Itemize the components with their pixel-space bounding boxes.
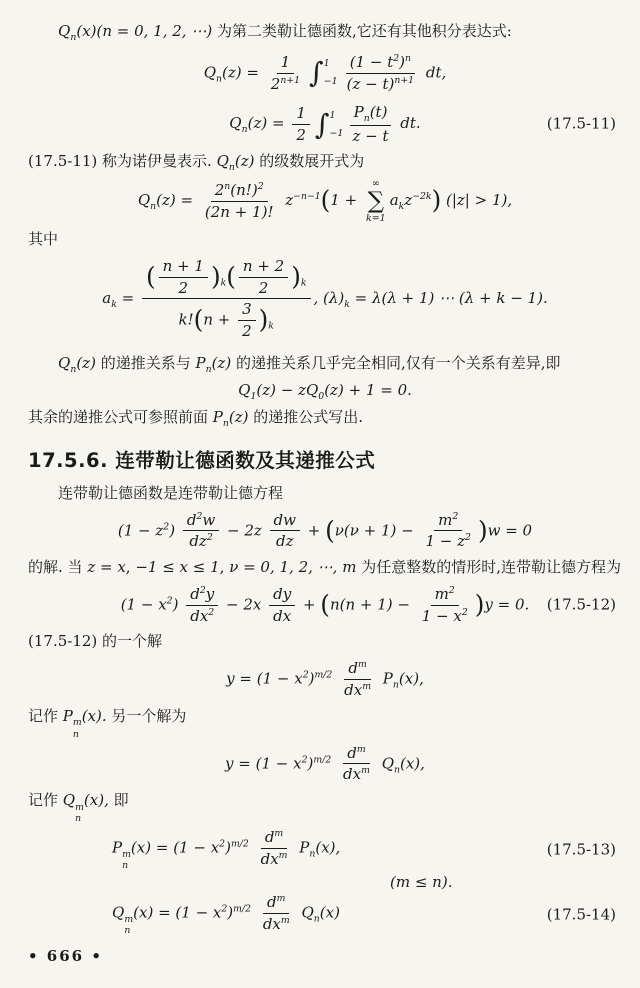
equation-number-17-5-12: (17.5-12) <box>547 595 616 615</box>
paragraph-denoted-pnm: 记作 Pmn(x). 另一个解为 <box>28 704 622 740</box>
equation-row-ak-coefficient: ak = (n + 12)k(n + 22)kk!(n + 32)k, (λ)k… <box>28 257 622 341</box>
section-heading-17-5-6: 17.5.6. 连带勒让德函数及其递推公式 <box>28 445 622 473</box>
equation-row-solution-q: y = (1 − x2)m/2 dmdxm Qn(x), <box>28 744 622 785</box>
paragraph-associated-intro: 连带勒让德函数是连带勒让德方程 <box>28 481 622 507</box>
equation-row-solution-p: y = (1 − x2)m/2 dmdxm Pn(x), <box>28 659 622 700</box>
formula-pnm-definition: Pmn(x) = (1 − x2)m/2 dmdxm Pn(x), <box>112 828 340 871</box>
paragraph-recurrence-relation: Qn(z) 的递推关系与 Pn(z) 的递推关系几乎完全相同,仅有一个关系有差异… <box>28 351 622 377</box>
equation-number-17-5-11: (17.5-11) <box>547 115 616 135</box>
equation-row-q1-relation: Q1(z) − zQ0(z) + 1 = 0. <box>28 381 622 401</box>
formula-qn-integral-1: Qn(z) = 12n+1∫1−1(1 − t2)n(z − t)n+1 dt, <box>204 53 447 94</box>
paragraph-where: 其中 <box>28 227 622 253</box>
paragraph-qn-intro: Qn(x)(n = 0, 1, 2, ⋯) 为第二类勒让德函数,它还有其他积分表… <box>28 19 622 45</box>
formula-qn-series: Qn(z) = 2n(n!)2(2n + 1)! z−n−1(1 + ∞∑k=1… <box>138 179 512 223</box>
book-page: Qn(x)(n = 0, 1, 2, ⋯) 为第二类勒让德函数,它还有其他积分表… <box>0 0 640 988</box>
equation-row-pnm-definition: Pmn(x) = (1 − x2)m/2 dmdxm Pn(x), (17.5-… <box>28 828 622 871</box>
paragraph-denoted-qnm: 记作 Qmn(x), 即 <box>28 788 622 824</box>
formula-m-le-n: (m ≤ n). <box>390 873 452 891</box>
paragraph-solution-condition: 的解. 当 z = x, −1 ≤ x ≤ 1, ν = 0, 1, 2, ⋯,… <box>28 555 622 581</box>
formula-associated-ode-w: (1 − z2) d2wdz2 − 2z dwdz + (ν(ν + 1) − … <box>118 511 532 552</box>
formula-solution-q: y = (1 − x2)m/2 dmdxm Qn(x), <box>225 744 425 785</box>
equation-row-qn-series: Qn(z) = 2n(n!)2(2n + 1)! z−n−1(1 + ∞∑k=1… <box>28 179 622 223</box>
formula-q1-relation: Q1(z) − zQ0(z) + 1 = 0. <box>238 381 412 401</box>
formula-qnm-definition: Qmn(x) = (1 − x2)m/2 dmdxm Qn(x) <box>112 893 340 936</box>
equation-row-qn-integral-2: Qn(z) = 12∫1−1Pn(t)z − t dt. (17.5-11) <box>28 103 622 145</box>
equation-row-qn-integral-1: Qn(z) = 12n+1∫1−1(1 − t2)n(z − t)n+1 dt, <box>28 53 622 94</box>
paragraph-neumann-representation: (17.5-11) 称为诺伊曼表示. Qn(z) 的级数展开式为 <box>28 149 622 175</box>
paragraph-one-solution: (17.5-12) 的一个解 <box>28 629 622 655</box>
paragraph-other-recurrences: 其余的递推公式可参照前面 Pn(z) 的递推公式写出. <box>28 405 622 431</box>
equation-row-associated-ode-y: (1 − x2) d2ydx2 − 2x dydx + (n(n + 1) − … <box>28 585 622 626</box>
formula-qn-integral-2: Qn(z) = 12∫1−1Pn(t)z − t dt. <box>229 103 420 145</box>
condition-m-le-n: (m ≤ n). <box>28 873 622 891</box>
page-number: • 666 • <box>28 947 622 965</box>
formula-associated-ode-y: (1 − x2) d2ydx2 − 2x dydx + (n(n + 1) − … <box>121 585 530 626</box>
equation-number-17-5-13: (17.5-13) <box>547 840 616 860</box>
formula-ak-coefficient: ak = (n + 12)k(n + 22)kk!(n + 32)k, (λ)k… <box>102 257 547 341</box>
equation-number-17-5-14: (17.5-14) <box>547 905 616 925</box>
equation-row-qnm-definition: Qmn(x) = (1 − x2)m/2 dmdxm Qn(x) (17.5-1… <box>28 893 622 936</box>
formula-solution-p: y = (1 − x2)m/2 dmdxm Pn(x), <box>226 659 424 700</box>
equation-row-associated-ode-w: (1 − z2) d2wdz2 − 2z dwdz + (ν(ν + 1) − … <box>28 511 622 552</box>
